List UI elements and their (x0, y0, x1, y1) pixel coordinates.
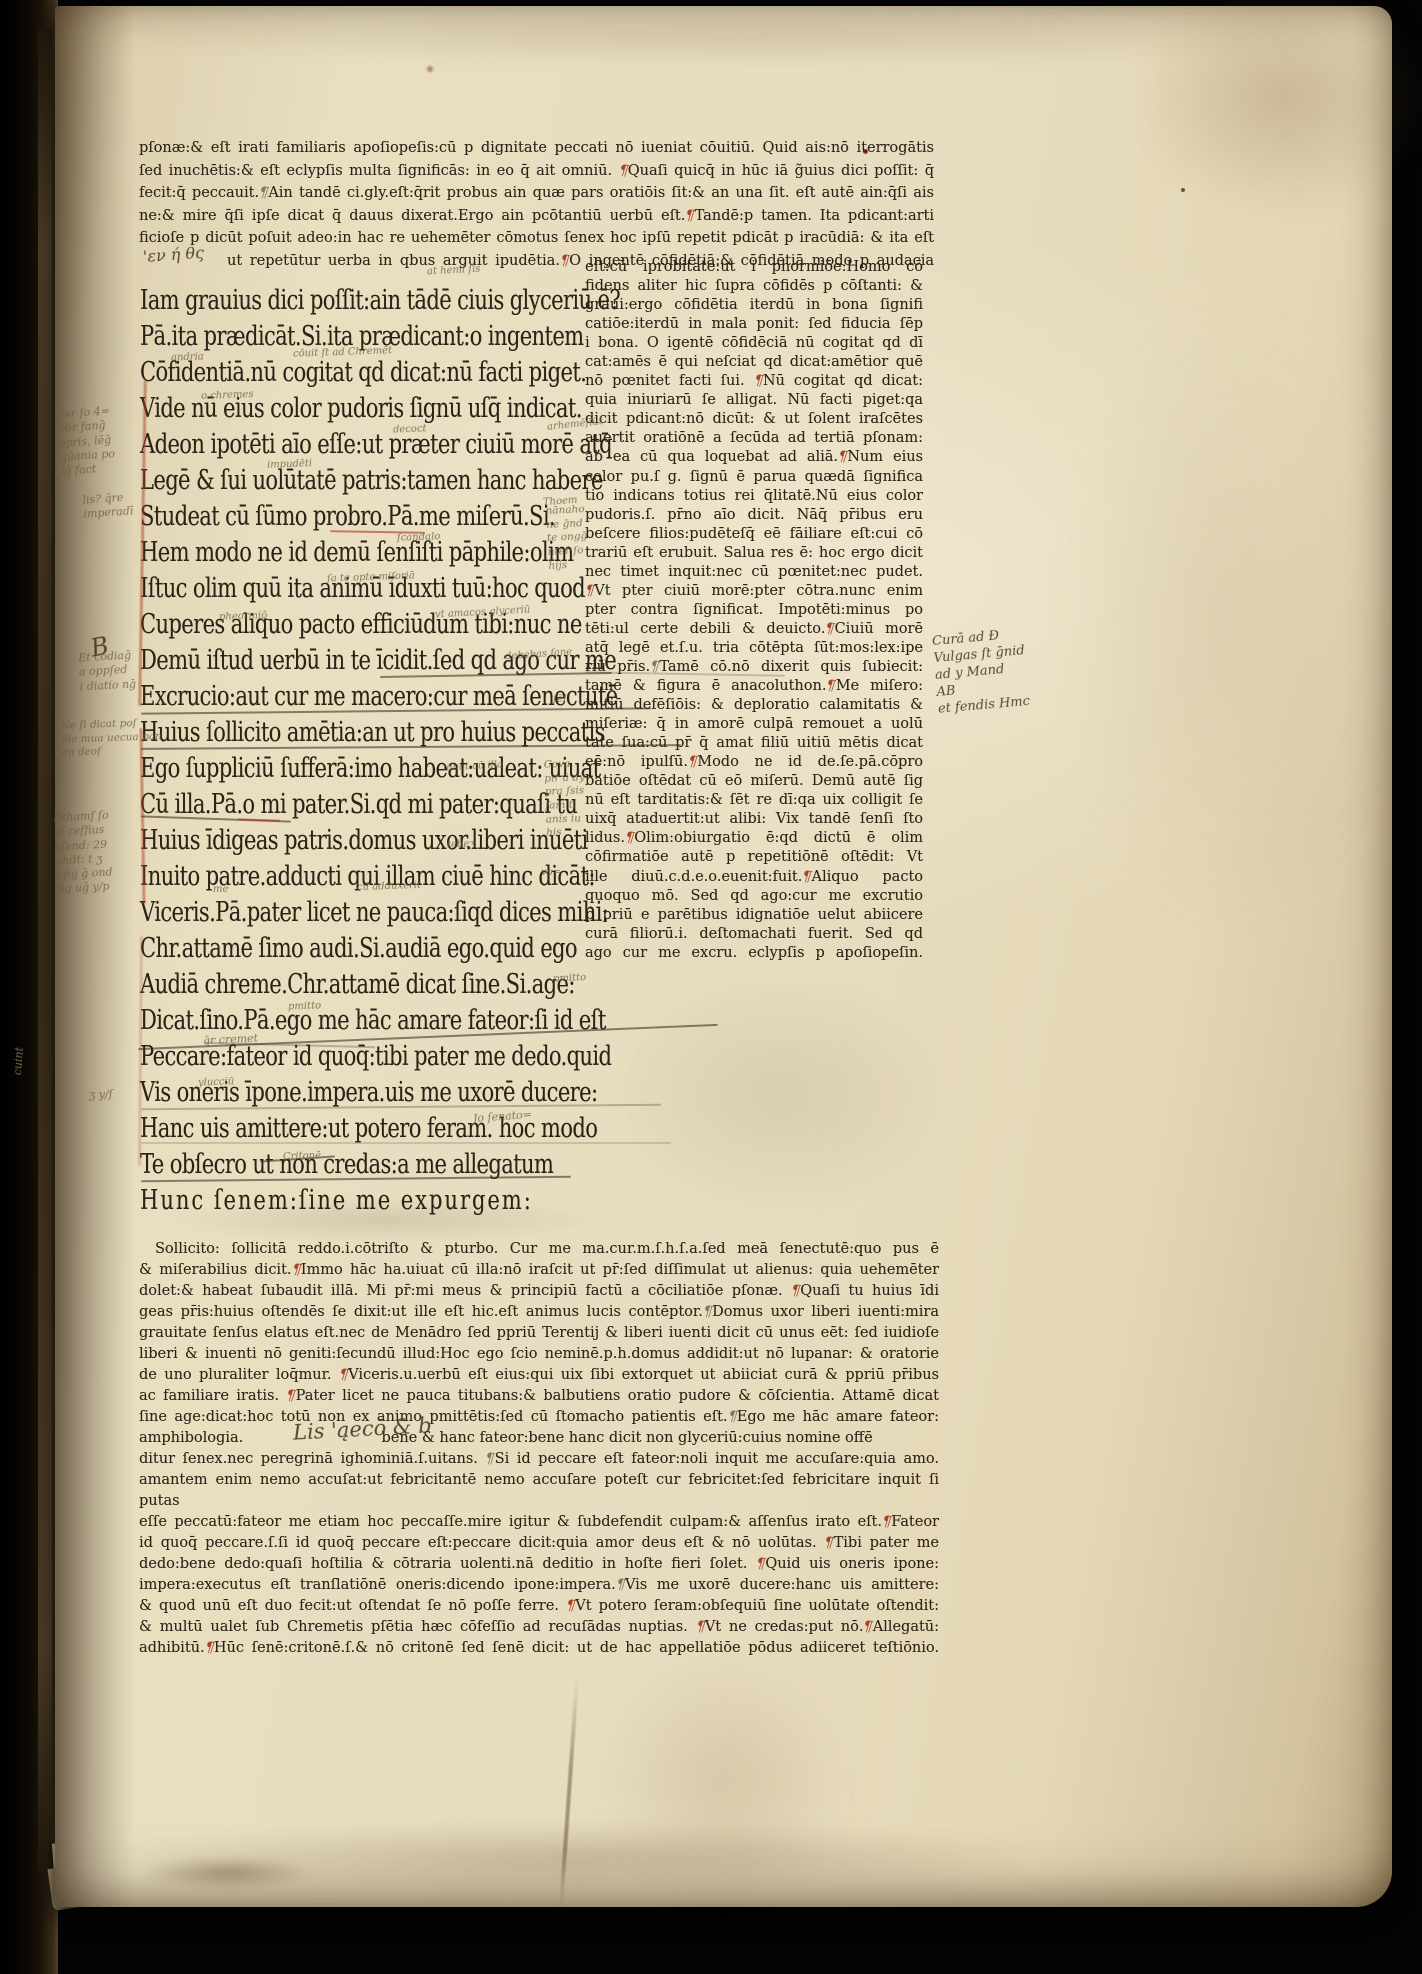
text-line: i bona. O igentē cōfidēciā nū cogitat qd… (585, 334, 923, 353)
ink-paragraph-mark: ¶ (256, 182, 272, 205)
stain (115, 1822, 1035, 1896)
interlinear-gloss: me (213, 883, 228, 896)
text-line: liberi & inuenti nō geniti:ſecundū illud… (139, 1344, 939, 1365)
ink-speck (1181, 188, 1185, 192)
rubricated-paragraph-mark: ¶ (557, 249, 573, 272)
interlinear-gloss: pmitto (553, 971, 587, 986)
text-line: amantem enim nemo accuſat:ut febricitant… (139, 1470, 939, 1512)
text-line: fidens aliter hic ſupra cōfidēs p cōſtan… (585, 277, 923, 296)
text-line: nec timet inquit:nec cū pœnitet:nec pude… (585, 563, 923, 582)
interlinear-gloss: ylucciū (198, 1075, 235, 1089)
text-line: Peccare:fateor id quoq̄:tibi pater me de… (140, 1039, 553, 1075)
rubricated-paragraph-mark: ¶ (824, 677, 839, 697)
left-margin-note: ʒ y/ſ (89, 1088, 113, 1103)
text-line: ¶Vt pter ciuiū morē:pter cōtra.nunc enim (585, 582, 923, 601)
rubricated-paragraph-mark: ¶ (682, 204, 698, 227)
top-commentary-block: pſonæ:& eſt irati familiaris apoſiopeſis… (139, 137, 934, 272)
text-line: beſcere filios:pudēteſq̄ eē fāiliare eſt… (585, 525, 923, 544)
text-line: initiū defēſiōis: & deploratio calamitat… (585, 696, 923, 715)
marginal-note-greek: 'εν ή θς (142, 243, 204, 268)
text-line: tamē & figura ē anacoluthon.¶Me miſero: (585, 677, 923, 696)
text-line: impera:executus eſt tranſlatiōnē oneris:… (139, 1575, 939, 1596)
rubricated-paragraph-mark: ¶ (622, 829, 637, 849)
text-line: Huius īdigeas patris.domus uxor.liberi i… (140, 823, 553, 859)
text-line: atq̄ legē et.ſ.u. tria cōtēpta ſūt:mos:l… (585, 639, 923, 658)
rubricated-paragraph-mark: ¶ (860, 1617, 875, 1639)
text-line: auertit oratiōnē a ſecūda ad tertiā pſon… (585, 429, 923, 448)
text-line: & quod unū eſt duo fecit:ut oſtendat ſe … (139, 1596, 939, 1617)
stain (143, 1856, 313, 1890)
left-margin-note: Et codiaḡ a oppſed i diatio nḡ (78, 649, 136, 695)
rubricated-paragraph-mark: ¶ (823, 619, 838, 639)
right-margin-note: Curā ad Ð Vulgas ſt ḡnid ad y Mand AB et… (931, 626, 1030, 718)
rubricated-paragraph-mark: ¶ (582, 581, 597, 601)
rubricated-paragraph-mark: ¶ (615, 159, 631, 182)
text-line: id quoq̄ peccare.ſ.ſi id quoq̄ peccare e… (139, 1533, 939, 1554)
text-line: tio indicans totius rei q̄litatē.Nū eius… (585, 487, 923, 506)
text-line: eſt:cū iprobitate:ut i phormiōe:Homo cō (585, 258, 923, 277)
text-line: de uno pluraliter loq̄mur. ¶Viceris.u.ue… (139, 1365, 939, 1386)
interlinear-gloss: pheormiō (219, 609, 268, 624)
text-line: ſine age:dicat:hoc totū non ex animo pmi… (139, 1407, 939, 1428)
rubricated-paragraph-mark: ¶ (835, 448, 850, 468)
interlinear-gloss: Critonē (283, 1149, 321, 1163)
interlinear-gloss: pmitto (288, 999, 322, 1013)
ink-paragraph-mark: ¶ (613, 1575, 628, 1597)
left-margin-note: lis? q̄re imperadī (82, 490, 134, 522)
interlinear-gloss: andria (171, 350, 204, 364)
text-line: miſeriæ: q̄ in amorē culpā remouet a uol… (585, 715, 923, 734)
text-line: Viceris.Pā.pater licet ne pauca:ſiqd dic… (140, 895, 553, 931)
text-line: batiōe oſtēdat cū eō miſerū. Demū autē ſ… (585, 772, 923, 791)
bottom-commentary-block: Sollicito: ſollicitā reddo.i.cōtriſto & … (139, 1239, 939, 1659)
text-line: & multū ualet ſub Chremetis pſētia hæc c… (139, 1617, 939, 1638)
text-line: quia iniuriarū ſe alligat. Nū facti pige… (585, 391, 923, 410)
text-line: ne:& mire q̄ſi ipſe dicat q̄ dauus dixer… (139, 205, 934, 228)
ink-paragraph-mark: ¶ (482, 1449, 497, 1471)
text-line: pſonæ:& eſt irati familiaris apoſiopeſis… (139, 137, 934, 160)
text-line: geas pr̄is:huius oſtendēs ſe dixit:ut il… (139, 1302, 939, 1323)
rubricated-paragraph-mark: ¶ (693, 1617, 708, 1639)
left-margin-note: Ne ſi dicat poſ ille mua uecua pan an de… (60, 716, 162, 760)
rubricated-paragraph-mark: ¶ (753, 1554, 768, 1576)
rubricated-paragraph-mark: ¶ (800, 867, 815, 887)
stain (1135, 0, 1422, 216)
rubricated-paragraph-mark: ¶ (336, 1365, 351, 1387)
text-line: ab ea cū qua loquebat ad aliā.¶Num eius (585, 448, 923, 467)
left-margin-note: twr ſo 4= pbr fanḡ opris, lēḡ qūania po … (57, 404, 117, 479)
text-line: nō pœnitet facti ſui. ¶Nū cogitat qd dic… (585, 372, 923, 391)
interlinear-gloss: o chremes (201, 388, 254, 403)
text-line: ditur ſenex.nec peregrinā ighominiā.ſ.ui… (139, 1449, 939, 1470)
text-line: Iam grauius dici poſſit:ain tādē ciuis g… (140, 283, 553, 319)
rubricated-paragraph-mark: ¶ (821, 1533, 836, 1555)
page-edge-stack (38, 26, 52, 1876)
right-commentary-column: eſt:cū iprobitate:ut i phormiōe:Homo cōf… (585, 258, 923, 963)
page-crease (559, 1678, 579, 1908)
text-line: quoquo mō. Sed qd ago:cur me excrutio (585, 887, 923, 906)
interlinear-gloss: tebeʒ (447, 838, 475, 852)
interlinear-gloss: ſcandalo (397, 530, 441, 545)
text-line: ſed inuchētis:& eſt eclypſis multa ſigni… (139, 160, 934, 183)
stain (95, 10, 1385, 66)
book-page: pſonæ:& eſt irati familiaris apoſiopeſis… (55, 6, 1392, 1907)
text-line: ille diuū.c.d.e.o.euenit:fuit.¶Aliquo pa… (585, 868, 923, 887)
rubricated-paragraph-mark: ¶ (788, 1281, 803, 1303)
stain (603, 1656, 843, 1906)
rubricated-paragraph-mark: ¶ (288, 1260, 303, 1282)
text-line: Adeon ipotēti aīo eſſe:ut præter ciuiū m… (140, 427, 553, 463)
text-line: trariū eſt erubuit. Salua res ē: hoc erg… (585, 544, 923, 563)
text-line: dicit pdicant:nō dicūt: & ut ſolent iraſ… (585, 410, 923, 429)
text-line: amphibologia. bene & hanc fateor:bene ha… (139, 1428, 939, 1449)
interlinear-gloss: q̄r cremet (203, 1032, 259, 1049)
ink-paragraph-mark: ¶ (724, 1407, 739, 1429)
text-line: color pu.ſ g. ſignū ē parua quædā ſignif… (585, 468, 923, 487)
manuscript-underline (141, 1142, 671, 1144)
interlinear-gloss: fēſ (553, 693, 566, 706)
text-line: dedo:bene dedo:quaſi hoſtilia & cōtraria… (139, 1554, 939, 1575)
text-line: Hem modo ne id demū ſenſiſti pāphile:oli… (140, 535, 553, 571)
spine-edge-note: cuint (11, 1047, 27, 1076)
scan-background: pſonæ:& eſt irati familiaris apoſiopeſis… (0, 0, 1422, 1974)
text-line: p priū e parētibus idignatiōe uelut abii… (585, 906, 923, 925)
text-line: Hunc ſenem:ſine me expurgem: (140, 1183, 553, 1219)
text-line: Sollicito: ſollicitā reddo.i.cōtriſto & … (139, 1239, 939, 1260)
text-line: catiōe:iterdū in mala ponit: ſed fiducia… (585, 315, 923, 334)
text-line: ago cur me excru. eclypſis p apoſiopeſin… (585, 944, 923, 963)
text-line: & miſerabilius dicit.¶Immo hāc ha.uiuat … (139, 1260, 939, 1281)
interlinear-gloss: decoct (393, 422, 427, 436)
interlinear-gloss: cū adduxerit (357, 879, 421, 894)
text-line: eē:nō ipulſū.¶Modo ne id de.ſe.pā.cōpro (585, 753, 923, 772)
interlinear-gloss: vo= (541, 866, 561, 879)
interlinear-gloss: at heml ſis (427, 263, 481, 279)
text-line: Legē & ſui uolūtatē patris:tamen hanc ha… (140, 463, 553, 499)
column-gap-notes: nānaho ne ḡnd te ongḡ nter ſo hijs (545, 503, 589, 573)
rubricated-paragraph-mark: ¶ (685, 753, 700, 773)
rubricated-paragraph-mark: ¶ (283, 1386, 298, 1408)
text-line: graui:ergo cōfidētia iterdū in bona ſign… (585, 296, 923, 315)
text-line: ac familiare iratis. ¶Pater licet ne pau… (139, 1386, 939, 1407)
rubricated-paragraph-mark: ¶ (202, 1638, 217, 1660)
text-line: nū eſt tarditatis:& ſēt re dī:qa uix col… (585, 791, 923, 810)
text-line: dolet:& habeat ſubaudit illā. Mi pr̄:mi … (139, 1281, 939, 1302)
text-line: grauitate ſenſus elatus eſt.nec de Menād… (139, 1323, 939, 1344)
column-gap-notes: Cova pir ā dȳ pra ſsis fam t. anis iu hi… (544, 757, 588, 840)
text-line: eſſe peccatū:fateor me etiam hoc peccaſſ… (139, 1512, 939, 1533)
text-line: cat:amēs ē qui neſciat qd dicat:amētior … (585, 353, 923, 372)
text-line: pter contra ſignificat. Impotēti:minus p… (585, 601, 923, 620)
ink-paragraph-mark: ¶ (700, 1302, 715, 1324)
text-line: uixq̄ ataduertit:ut alibi: Vix tandē ſen… (585, 810, 923, 829)
ink-speck (427, 66, 433, 72)
text-line: fecit:q̄ peccauit.¶Ain tandē ci.gly.eſt:… (139, 182, 934, 205)
text-line: Audiā chreme.Chr.attamē dicat ſine.Si.ag… (140, 967, 553, 1003)
text-line: tēti:ul certe debili & deuicto.¶Ciuiū mo… (585, 620, 923, 639)
text-line: cōfirmatiōe autē p repetitiōnē oſtēdit: … (585, 848, 923, 867)
text-line: adhibitū.¶Hūc ſenē:critonē.ſ.& nō criton… (139, 1638, 939, 1659)
text-line: Inuito patre.adducti qui illam ciuē hinc… (140, 859, 553, 895)
left-margin-note: Dthamſ ſo to reſfius ofend: 29 phdt: t ʒ… (53, 809, 114, 898)
gutter-shadow (55, 6, 135, 1907)
rubricated-paragraph-mark: ¶ (879, 1512, 894, 1534)
interlinear-gloss: impudēti (267, 457, 312, 472)
rubricated-paragraph-mark: ¶ (563, 1596, 578, 1618)
text-line: curā filiorū.i. deſtomachati fuerit. Sed… (585, 925, 923, 944)
stain (1065, 306, 1395, 926)
text-line: pudoris.ſ. pr̄no aīo dicit. Nāq̄ pr̄ibus… (585, 506, 923, 525)
text-line: ficioſe p dicūt poſuit adeo:in hac re ue… (139, 227, 934, 250)
text-line: Chr.attamē ſimo audi.Si.audiā ego.quid e… (140, 931, 553, 967)
text-line: lidus.¶Olim:obiurgatio ē:qd dictū ē olim (585, 829, 923, 848)
rubricated-paragraph-mark: ¶ (751, 372, 766, 392)
